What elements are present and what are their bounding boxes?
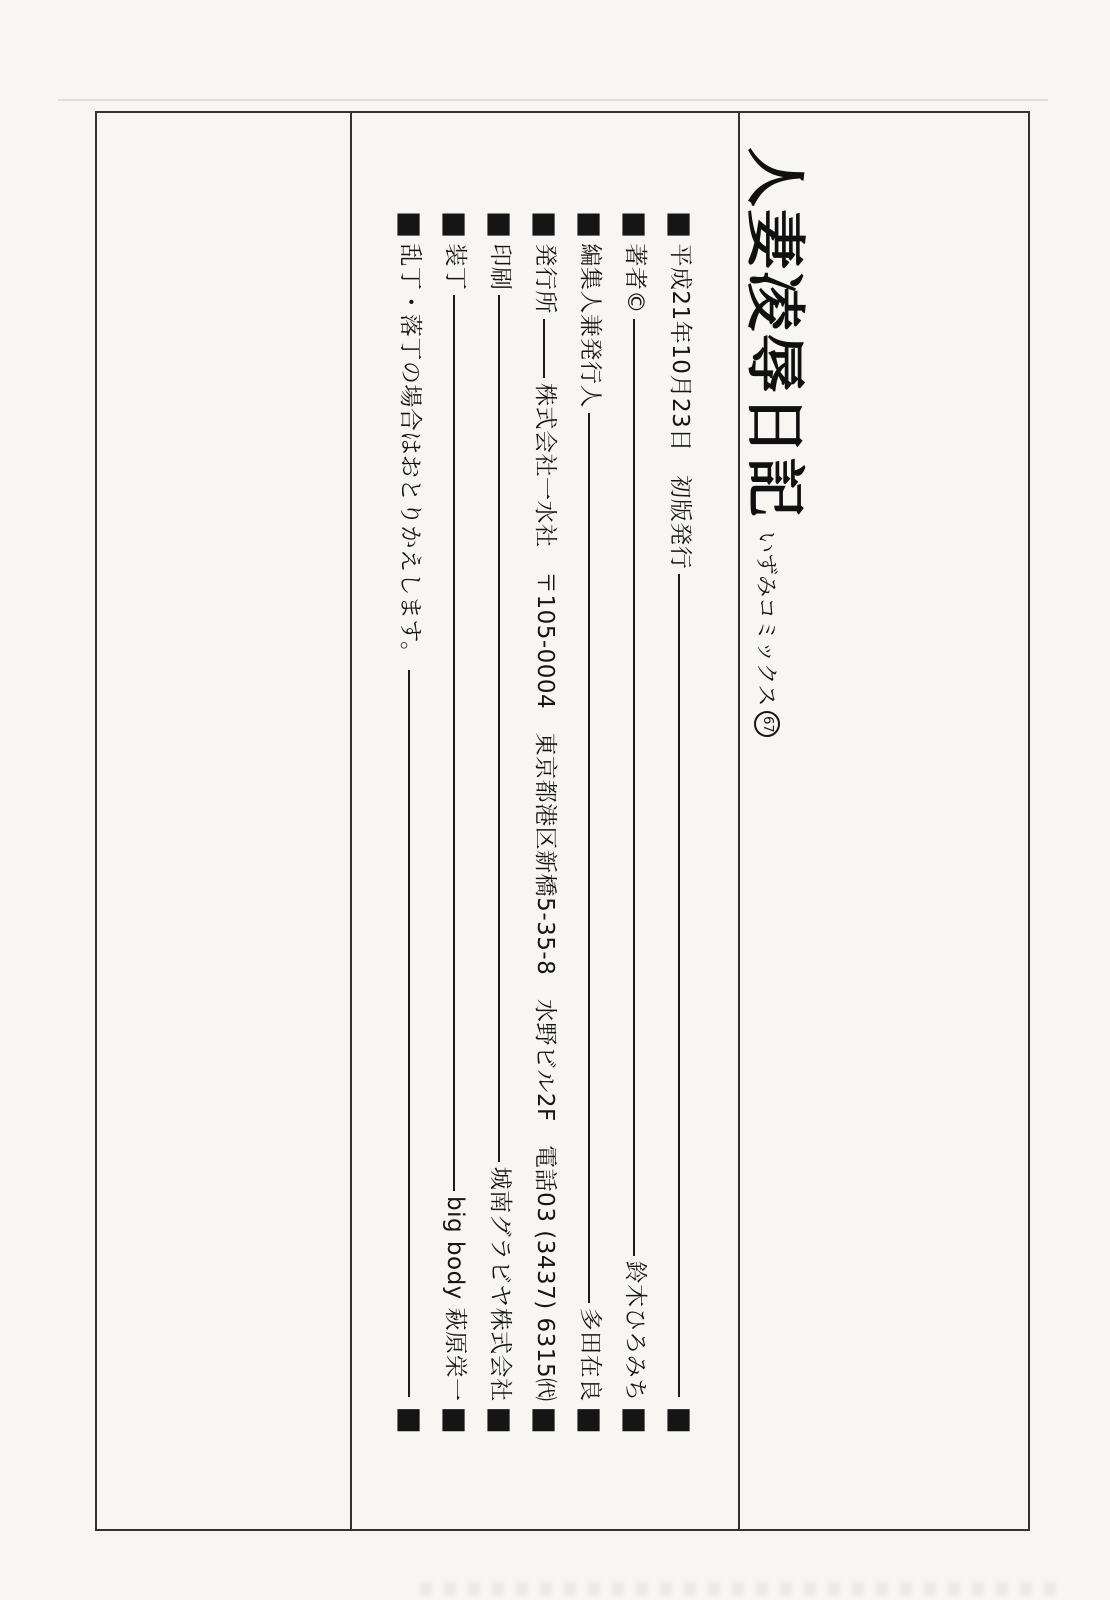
book-title: 人妻凌辱日記 — [744, 147, 804, 519]
end-bullet-icon: ■ — [576, 1407, 605, 1434]
scan-artifact-line — [58, 99, 1048, 101]
line-value: 城南グラビヤ株式会社 — [488, 1167, 511, 1402]
line-label: 発行所 — [533, 243, 556, 314]
line-label: 平成21年10月23日 初版発行 — [668, 243, 691, 569]
colophon-lines-band: ■ 平成21年10月23日 初版発行 ■ ■ 著者© 鈴木ひろみち ■ ■ 編集… — [350, 111, 738, 1531]
colophon-line-publisher: ■ 発行所 株式会社一水社 〒105-0004 東京都港区新橋5-35-8 水野… — [522, 211, 567, 1434]
line-label: 著者© — [623, 243, 646, 314]
leader-line — [589, 413, 591, 1303]
leader-line — [544, 319, 546, 378]
start-bullet-icon: ■ — [486, 211, 515, 238]
line-value: 多田在良 — [578, 1308, 601, 1402]
leader-line — [499, 295, 501, 1161]
line-label: 編集人兼発行人 — [578, 243, 601, 408]
line-value: 鈴木ひろみち — [623, 1261, 646, 1402]
rotated-colophon-content: 人妻凌辱日記 いずみコミックス 67 ■ 平成21年10月23日 初版発行 ■ … — [95, 111, 1030, 1531]
series-number-badge: 67 — [755, 711, 781, 737]
colophon-line-editor: ■ 編集人兼発行人 多田在良 ■ — [567, 211, 612, 1434]
end-bullet-icon: ■ — [531, 1407, 560, 1434]
leader-line — [634, 319, 636, 1256]
line-label: 装丁 — [443, 243, 466, 290]
end-bullet-icon: ■ — [441, 1407, 470, 1434]
end-bullet-icon: ■ — [486, 1407, 515, 1434]
start-bullet-icon: ■ — [441, 211, 470, 238]
colophon-line-returns-notice: ■ 乱丁・落丁の場合はおとりかえします。 ■ — [387, 211, 432, 1434]
end-bullet-icon: ■ — [621, 1407, 650, 1434]
series-label: いずみコミックス — [752, 531, 783, 706]
line-label: 印刷 — [488, 243, 511, 290]
leader-line — [679, 574, 681, 1396]
colophon-line-author: ■ 著者© 鈴木ひろみち ■ — [612, 211, 657, 1434]
series-block: いずみコミックス 67 — [744, 531, 783, 737]
line-label: 乱丁・落丁の場合はおとりかえします。 — [398, 243, 421, 664]
start-bullet-icon: ■ — [576, 211, 605, 238]
start-bullet-icon: ■ — [396, 211, 425, 238]
page-bleed-through — [420, 1582, 1060, 1596]
start-bullet-icon: ■ — [666, 211, 695, 238]
empty-band — [99, 111, 350, 1531]
title-band: 人妻凌辱日記 いずみコミックス 67 — [738, 111, 1030, 1531]
end-bullet-icon: ■ — [666, 1407, 695, 1434]
start-bullet-icon: ■ — [531, 211, 560, 238]
line-value: big body 萩原栄一 — [443, 1196, 466, 1402]
colophon-line-printer: ■ 印刷 城南グラビヤ株式会社 ■ — [477, 211, 522, 1434]
colophon-line-edition: ■ 平成21年10月23日 初版発行 ■ — [657, 211, 702, 1434]
leader-line — [409, 670, 411, 1397]
leader-line — [454, 295, 456, 1191]
end-bullet-icon: ■ — [396, 1407, 425, 1434]
start-bullet-icon: ■ — [621, 211, 650, 238]
line-value: 株式会社一水社 〒105-0004 東京都港区新橋5-35-8 水野ビル2F 電… — [533, 383, 556, 1402]
colophon-line-design: ■ 装丁 big body 萩原栄一 ■ — [432, 211, 477, 1434]
